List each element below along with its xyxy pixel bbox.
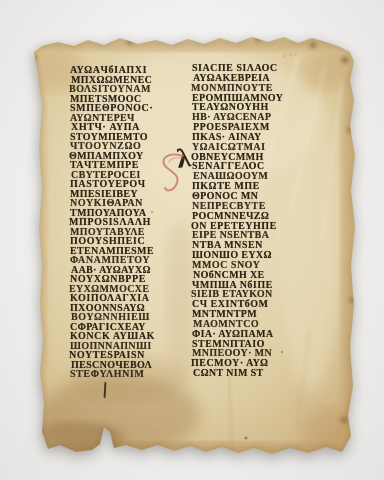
- photo-background: ροε ΑΥΩΑЧбΙΑΠΧΙΜΠΧΩΩΜΕΝΕCΒΟΛSΙΤΟΥΝΑΜΜΠΕΤ…: [0, 0, 384, 480]
- column-right: SΙΑCΠΕ SΙΛΑΟCΑΥΩΑΚΕΒΡΕΙΑΜΟΝΜΠΝΟΥΤΕΕΡΟΜΠШ…: [192, 64, 283, 379]
- coronis-decoration: [157, 150, 191, 196]
- text-line: SΤΕΦΥΛΗΝΙΜ: [70, 370, 155, 380]
- folio-number-mark: ροε: [283, 49, 299, 59]
- column-left: ΑΥΩΑЧбΙΑΠΧΙΜΠΧΩΩΜΕΝΕCΒΟΛSΙΤΟΥΝΑΜΜΠΕΤSΜΟΟ…: [70, 66, 155, 380]
- text-line: CΩΝΤ ΝΙΜ SΤ: [193, 369, 283, 379]
